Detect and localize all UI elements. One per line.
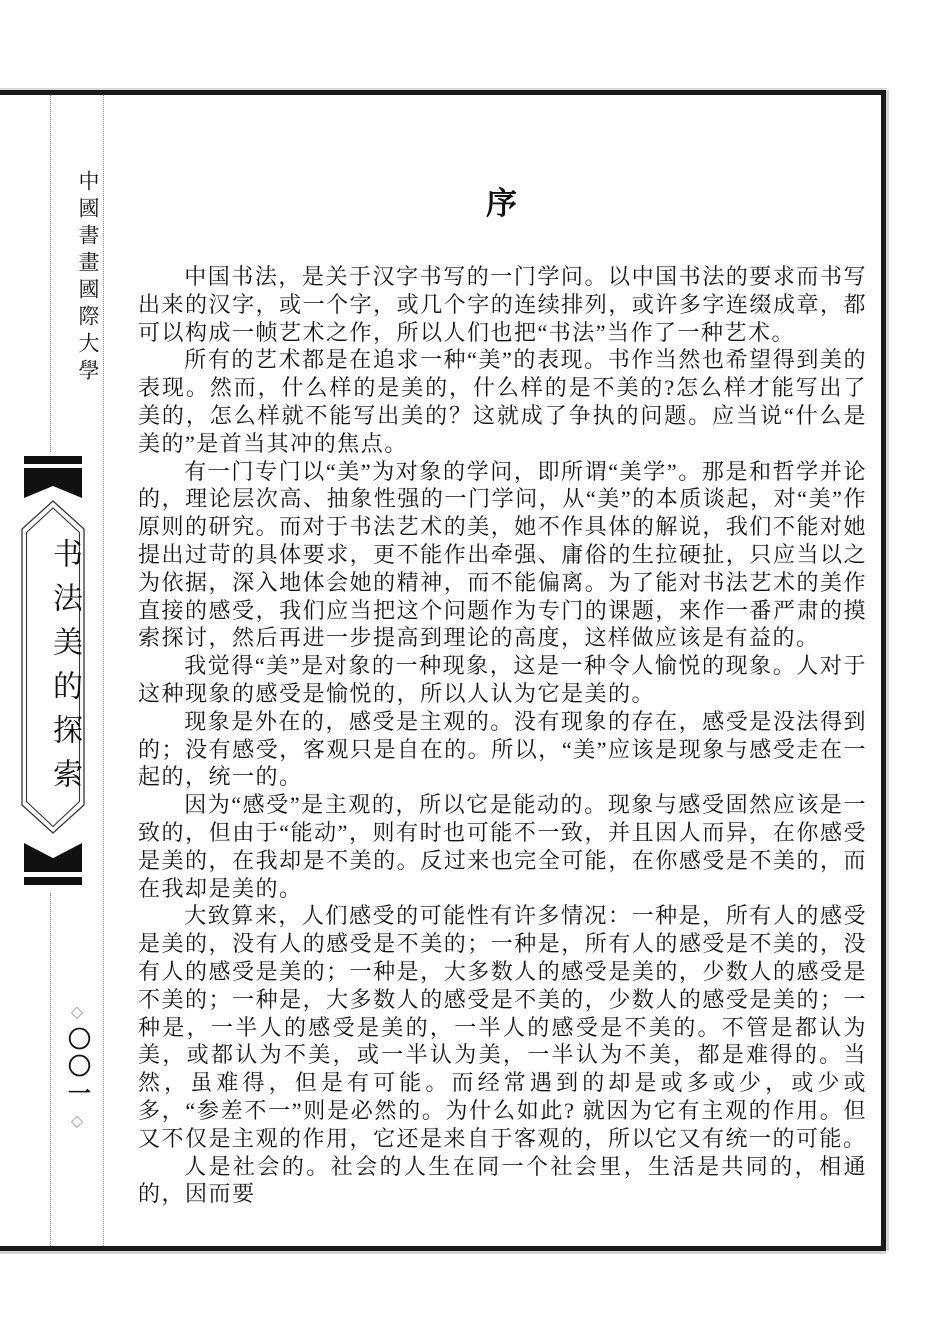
paragraph: 人是社会的。社会的人生在同一个社会里，生活是共同的，相通的，因而要 — [138, 1153, 867, 1209]
book-page: 中國書畫國際大學 书法美的探索 ◇ 〇〇一 ◇ 序 中国书法，是关于汉字书写的一… — [0, 0, 950, 1344]
spine-university-title: 中國書畫國際大學 — [51, 148, 103, 408]
emblem-bottom-bar — [24, 877, 82, 885]
preface-content: 序 中国书法，是关于汉字书写的一门学问。以中国书法的要求而书写出来的汉字，或一个… — [138, 178, 867, 1208]
emblem-bottom-banner — [24, 843, 82, 872]
page-title: 序 — [138, 178, 867, 223]
top-rule — [0, 90, 886, 95]
page-number: 〇〇一 — [63, 1027, 91, 1108]
paragraph: 我觉得“美”是对象的一种现象，这是一种令人愉悦的现象。人对于这种现象的感受是愉悦… — [138, 652, 867, 708]
folio: ◇ 〇〇一 ◇ — [55, 1003, 99, 1132]
paragraph: 因为“感受”是主观的，所以它是能动的。现象与感受固然应该是一致的，但由于“能动”… — [138, 791, 867, 902]
diamond-ornament-bottom: ◇ — [71, 1112, 83, 1132]
emblem-top-bar — [24, 456, 82, 464]
emblem-top-banner — [24, 468, 82, 498]
paragraph: 大致算来，人们感受的可能性有许多情况：一种是，所有人的感受是美的，没有人的感受是… — [138, 902, 867, 1152]
right-border — [881, 90, 886, 1251]
book-title-vertical: 书法美的探索 — [20, 530, 86, 810]
paragraph: 中国书法，是关于汉字书写的一门学问。以中国书法的要求而书写出来的汉字，或一个字，… — [138, 263, 867, 346]
series-emblem: 书法美的探索 — [20, 452, 86, 892]
paragraph: 所有的艺术都是在追求一种“美”的表现。书作当然也希望得到美的表现。然而，什么样的… — [138, 346, 867, 457]
paragraph: 现象是外在的，感受是主观的。没有现象的存在，感受是没法得到的；没有感受，客观只是… — [138, 708, 867, 791]
paragraph: 有一门专门以“美”为对象的学问，即所谓“美学”。那是和哲学并论的，理论层次高、抽… — [138, 458, 867, 653]
diamond-ornament-top: ◇ — [71, 1003, 83, 1023]
spine-guide-line-right — [103, 95, 104, 1246]
bottom-rule — [0, 1246, 886, 1251]
